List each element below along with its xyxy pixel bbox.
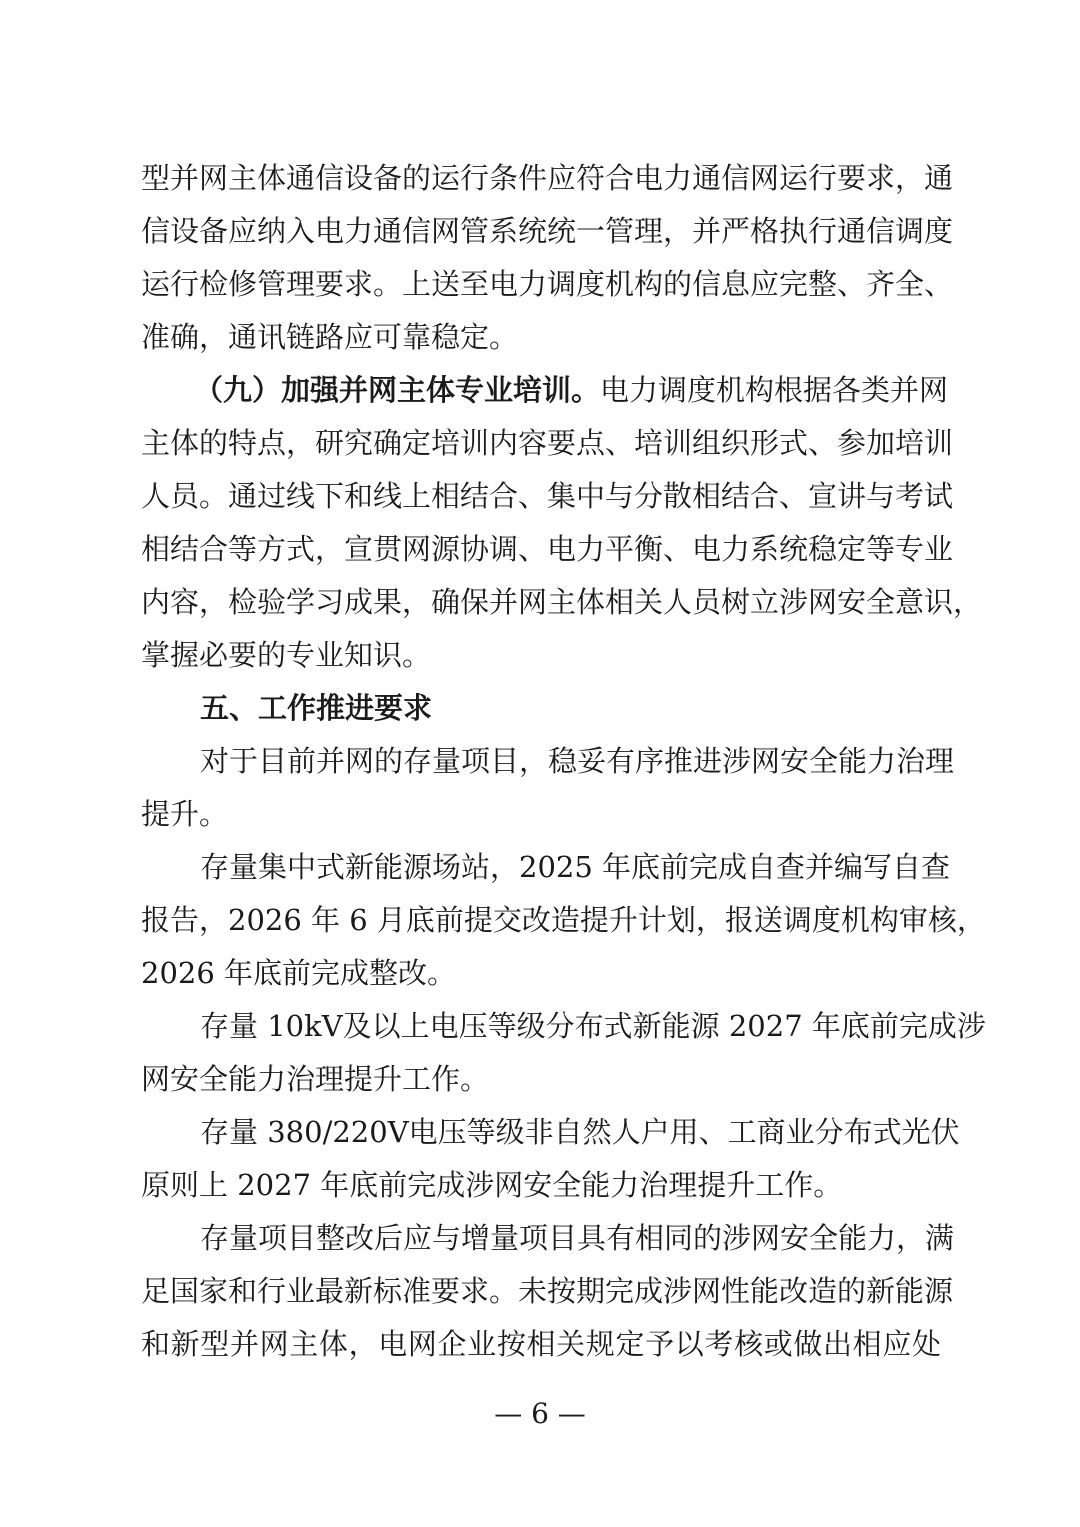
text-line: （九）加强并网主体专业培训。电力调度机构根据各类并网 bbox=[194, 370, 941, 410]
document-page: 型并网主体通信设备的运行条件应符合电力通信网运行要求，通 信设备应纳入电力通信网… bbox=[0, 0, 1080, 1527]
text-line: 提升。 bbox=[141, 794, 941, 834]
text-line: 存量 380/220V电压等级非自然人户用、工商业分布式光伏 bbox=[200, 1112, 941, 1152]
text-span: 电力调度机构根据各类并网 bbox=[600, 373, 948, 407]
text-line: 存量集中式新能源场站，2025 年底前完成自查并编写自查 bbox=[200, 847, 941, 887]
text-line: 足国家和行业最新标准要求。未按期完成涉网性能改造的新能源 bbox=[141, 1271, 941, 1311]
text-line: 型并网主体通信设备的运行条件应符合电力通信网运行要求，通 bbox=[141, 158, 941, 198]
text-line: 人员。通过线下和线上相结合、集中与分散相结合、宣讲与考试 bbox=[141, 476, 941, 516]
text-line: 和新型并网主体，电网企业按相关规定予以考核或做出相应处 bbox=[141, 1324, 941, 1364]
text-line: 网安全能力治理提升工作。 bbox=[141, 1059, 941, 1099]
text-line: 2026 年底前完成整改。 bbox=[141, 953, 941, 993]
text-line: 内容，检验学习成果，确保并网主体相关人员树立涉网安全意识， bbox=[141, 582, 941, 622]
text-line: 对于目前并网的存量项目，稳妥有序推进涉网安全能力治理 bbox=[200, 741, 941, 781]
text-line: 掌握必要的专业知识。 bbox=[141, 635, 941, 675]
text-line: 主体的特点，研究确定培训内容要点、培训组织形式、参加培训 bbox=[141, 423, 941, 463]
text-line: 准确，通讯链路应可靠稳定。 bbox=[141, 317, 941, 357]
text-line: 存量 10kV及以上电压等级分布式新能源 2027 年底前完成涉 bbox=[200, 1006, 941, 1046]
section-heading: 五、工作推进要求 bbox=[200, 688, 941, 728]
text-line: 相结合等方式，宣贯网源协调、电力平衡、电力系统稳定等专业 bbox=[141, 529, 941, 569]
page-number: — 6 — bbox=[0, 1397, 1080, 1430]
text-line: 原则上 2027 年底前完成涉网安全能力治理提升工作。 bbox=[141, 1165, 941, 1205]
text-line: 运行检修管理要求。上送至电力调度机构的信息应完整、齐全、 bbox=[141, 264, 941, 304]
section-lead-bold: （九）加强并网主体专业培训。 bbox=[194, 373, 600, 407]
text-line: 报告，2026 年 6 月底前提交改造提升计划，报送调度机构审核， bbox=[141, 900, 941, 940]
text-line: 存量项目整改后应与增量项目具有相同的涉网安全能力，满 bbox=[200, 1218, 941, 1258]
text-line: 信设备应纳入电力通信网管系统统一管理，并严格执行通信调度 bbox=[141, 211, 941, 251]
